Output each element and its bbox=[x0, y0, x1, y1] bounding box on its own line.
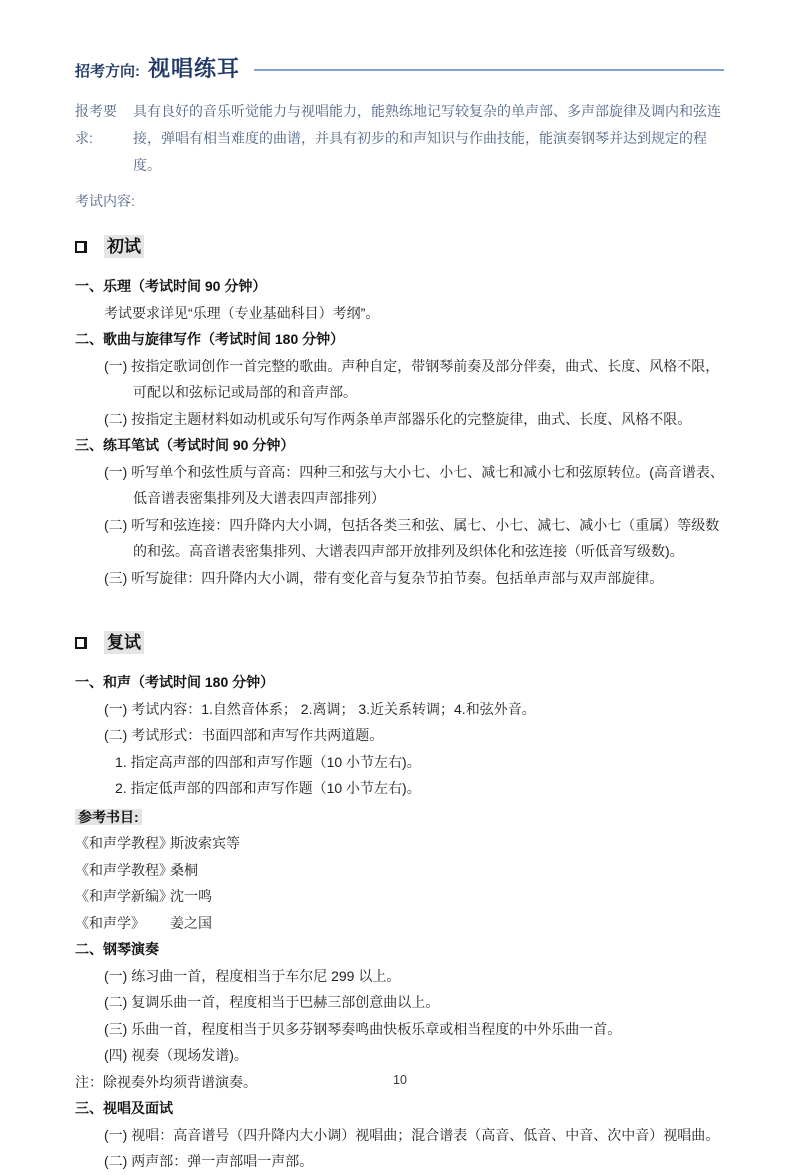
exam-detail-line: (二) 按指定主题材料如动机或乐句写作两条单声部器乐化的完整旋律，曲式、长度、风… bbox=[75, 406, 724, 433]
exam-detail-line: (一) 按指定歌词创作一首完整的歌曲。声种自定，带钢琴前奏及部分伴奏，曲式、长度… bbox=[75, 353, 724, 406]
exam-content-label: 考试内容: bbox=[75, 188, 724, 215]
secondary-exam-title: 复试 bbox=[104, 631, 144, 654]
reference-book-item: 《和声学教程》桑桐 bbox=[75, 857, 724, 884]
secondary-exam-title-row: 复试 bbox=[75, 631, 724, 654]
exam-subject-heading: 二、歌曲与旋律写作（考试时间 180 分钟） bbox=[75, 326, 724, 353]
book-title: 《和声学新编》 bbox=[75, 883, 170, 910]
direction-label: 招考方向: bbox=[75, 60, 140, 81]
direction-value: 视唱练耳 bbox=[148, 52, 240, 83]
exam-detail-line: 1. 指定高声部的四部和声写作题（10 小节左右)。 bbox=[75, 749, 724, 776]
exam-subject-heading: 三、视唱及面试 bbox=[75, 1095, 724, 1122]
exam-detail-line: (四) 视奏（现场发谱)。 bbox=[75, 1042, 724, 1069]
document-page: 招考方向: 视唱练耳 报考要求: 具有良好的音乐听觉能力与视唱能力，能熟练地记写… bbox=[0, 0, 800, 1175]
book-title: 《和声学教程》 bbox=[75, 857, 170, 884]
book-author: 桑桐 bbox=[170, 857, 724, 884]
requirements-text: 具有良好的音乐听觉能力与视唱能力，能熟练地记写较复杂的单声部、多声部旋律及调内和… bbox=[133, 98, 724, 179]
requirements-label: 报考要求: bbox=[75, 98, 133, 179]
reference-book-item: 《和声学教程》斯波索宾等 bbox=[75, 830, 724, 857]
exam-detail-line: (一) 听写单个和弦性质与音高：四种三和弦与大小七、小七、减七和减小七和弦原转位… bbox=[75, 459, 724, 512]
application-requirements: 报考要求: 具有良好的音乐听觉能力与视唱能力，能熟练地记写较复杂的单声部、多声部… bbox=[75, 98, 724, 179]
exam-detail-line: (二) 考试形式：书面四部和声写作共两道题。 bbox=[75, 722, 724, 749]
book-author: 斯波索宾等 bbox=[170, 830, 724, 857]
exam-detail-line: (二) 听写和弦连接：四升降内大小调，包括各类三和弦、属七、小七、减七、减小七（… bbox=[75, 512, 724, 565]
square-bullet-icon bbox=[75, 637, 87, 649]
exam-subject-heading: 二、钢琴演奏 bbox=[75, 936, 724, 963]
exam-detail-line: 2. 指定低声部的四部和声写作题（10 小节左右)。 bbox=[75, 775, 724, 802]
section-secondary-exam: 复试 一、和声（考试时间 180 分钟）(一) 考试内容：1.自然音体系； 2.… bbox=[75, 631, 724, 1175]
reference-book-item: 《和声学新编》沈一鸣 bbox=[75, 883, 724, 910]
book-author: 沈一鸣 bbox=[170, 883, 724, 910]
exam-detail-line: 考试要求详见“乐理（专业基础科目）考纲”。 bbox=[75, 300, 724, 327]
exam-detail-line: (一) 视唱：高音谱号（四升降内大小调）视唱曲；混合谱表（高音、低音、中音、次中… bbox=[75, 1122, 724, 1149]
secondary-exam-body: 一、和声（考试时间 180 分钟）(一) 考试内容：1.自然音体系； 2.离调；… bbox=[75, 669, 724, 1175]
primary-exam-body: 一、乐理（考试时间 90 分钟）考试要求详见“乐理（专业基础科目）考纲”。二、歌… bbox=[75, 273, 724, 591]
section-primary-exam: 初试 一、乐理（考试时间 90 分钟）考试要求详见“乐理（专业基础科目）考纲”。… bbox=[75, 235, 724, 591]
book-author: 姜之国 bbox=[170, 910, 724, 937]
book-title: 《和声学教程》 bbox=[75, 830, 170, 857]
exam-subject-heading: 三、练耳笔试（考试时间 90 分钟） bbox=[75, 432, 724, 459]
square-bullet-icon bbox=[75, 241, 87, 253]
reference-book-item: 《和声学》姜之国 bbox=[75, 910, 724, 937]
book-title: 《和声学》 bbox=[75, 910, 170, 937]
page-number: 10 bbox=[0, 1073, 800, 1087]
header-rule bbox=[254, 69, 724, 71]
exam-detail-line: (二) 两声部：弹一声部唱一声部。 bbox=[75, 1148, 724, 1175]
exam-detail-line: (二) 复调乐曲一首，程度相当于巴赫三部创意曲以上。 bbox=[75, 989, 724, 1016]
primary-exam-title-row: 初试 bbox=[75, 235, 724, 258]
exam-detail-line: (一) 考试内容：1.自然音体系； 2.离调； 3.近关系转调；4.和弦外音。 bbox=[75, 696, 724, 723]
exam-detail-line: (三) 乐曲一首，程度相当于贝多芬钢琴奏鸣曲快板乐章或相当程度的中外乐曲一首。 bbox=[75, 1016, 724, 1043]
exam-subject-heading: 一、乐理（考试时间 90 分钟） bbox=[75, 273, 724, 300]
exam-subject-heading: 一、和声（考试时间 180 分钟） bbox=[75, 669, 724, 696]
exam-detail-line: (一) 练习曲一首，程度相当于车尔尼 299 以上。 bbox=[75, 963, 724, 990]
reference-books-heading-text: 参考书目: bbox=[75, 809, 142, 825]
admission-direction-header: 招考方向: 视唱练耳 bbox=[75, 52, 724, 83]
primary-exam-title: 初试 bbox=[104, 235, 144, 258]
exam-detail-line: (三) 听写旋律：四升降内大小调，带有变化音与复杂节拍节奏。包括单声部与双声部旋… bbox=[75, 565, 724, 592]
reference-books-heading: 参考书目: bbox=[75, 804, 724, 831]
